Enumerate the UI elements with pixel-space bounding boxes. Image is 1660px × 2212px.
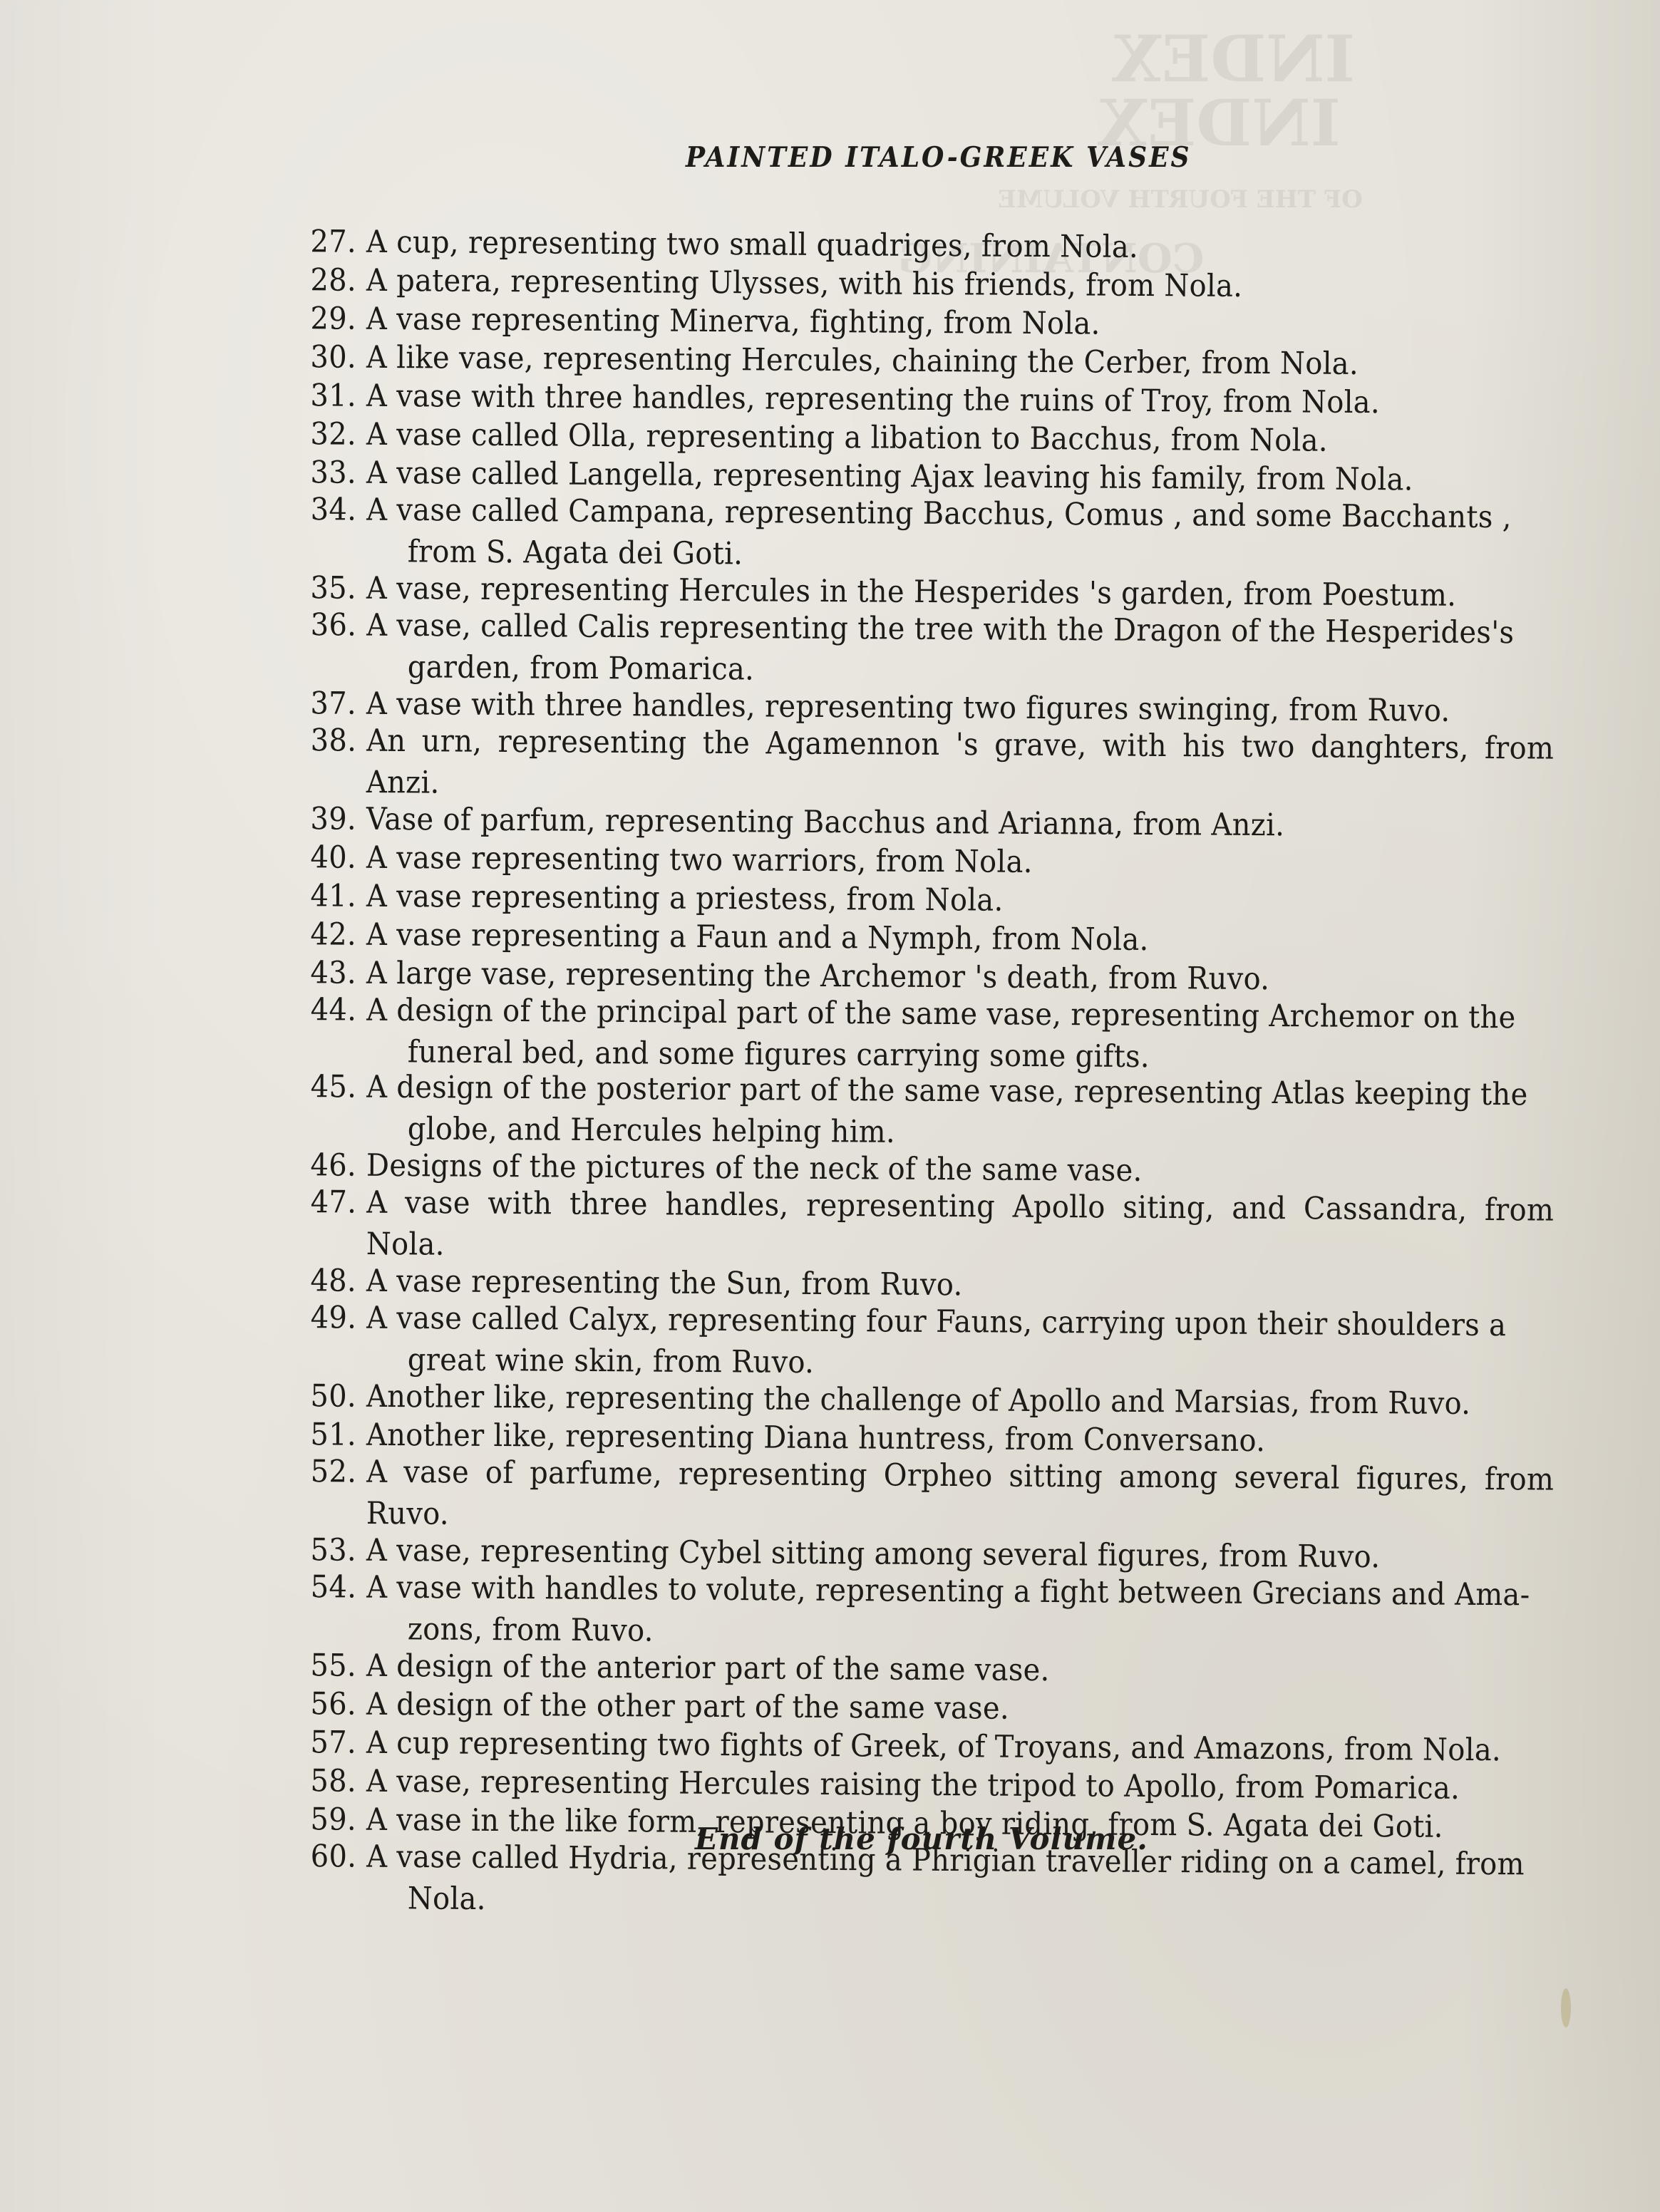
entry-main-line: A vase of parfume, representing Orpheo s…	[366, 1454, 1555, 1532]
entry-number: 46.	[285, 1144, 366, 1187]
entry-text: A design of the principal part of the sa…	[366, 989, 1555, 1080]
entry-text: A vase called Calyx, representing four F…	[366, 1297, 1555, 1388]
entry-main-line: A vase with handles to volute, represent…	[366, 1570, 1530, 1613]
entry-number: 50.	[285, 1375, 366, 1417]
entry-number: 57.	[285, 1722, 366, 1764]
paper-stain	[1561, 1988, 1571, 2027]
entry-number: 32.	[285, 413, 366, 455]
entry-number: 39.	[285, 798, 366, 840]
entry-main-line: A design of the anterior part of the sam…	[366, 1648, 1050, 1688]
index-list: 27. A cup, representing two small quadri…	[285, 222, 1554, 1916]
bleed-through-subtitle: OF THE FOURTH VOLUME	[998, 185, 1363, 214]
index-entry: 38. An urn, representing the Agamennon '…	[285, 720, 1555, 811]
entry-number: 56.	[285, 1683, 366, 1725]
entry-number: 55.	[285, 1645, 366, 1687]
entry-number: 54.	[285, 1566, 367, 1650]
entry-text: An urn, representing the Agamennon 's gr…	[366, 720, 1555, 811]
index-entry: 49. A vase called Calyx, representing fo…	[285, 1297, 1555, 1388]
entry-number: 60.	[285, 1836, 367, 1919]
entry-text: A vase with three handles, representing …	[366, 1182, 1555, 1273]
entry-text: A vase called Campana, representing Bacc…	[366, 489, 1555, 580]
book-page: INDEX INDEX OF THE FOURTH VOLUME CONTAIN…	[0, 0, 1660, 2212]
end-note: End of the fourth Volume.	[695, 1821, 1148, 1856]
index-entry: 54. A vase with handles to volute, repre…	[285, 1566, 1555, 1658]
entry-number: 59.	[285, 1799, 366, 1841]
entry-number: 43.	[285, 952, 366, 994]
entry-main-line: An urn, representing the Agamennon 's gr…	[366, 723, 1555, 801]
entry-number: 36.	[285, 604, 367, 688]
entry-number: 52.	[285, 1451, 367, 1534]
bleed-through-title: INDEX	[1112, 21, 1355, 97]
index-entry: 47. A vase with three handles, represent…	[285, 1182, 1555, 1273]
entry-main-line: A vase representing the Sun, from Ruvo.	[366, 1263, 963, 1303]
entry-number: 47.	[285, 1182, 367, 1265]
index-entry: 34. A vase called Campana, representing …	[285, 489, 1555, 580]
entry-number: 51.	[285, 1414, 366, 1456]
entry-main-line: A like vase, representing Hercules, chai…	[366, 340, 1359, 382]
entry-number: 48.	[285, 1260, 366, 1302]
entry-text: A vase, called Calis representing the tr…	[366, 604, 1555, 696]
entry-number: 58.	[285, 1760, 366, 1802]
entry-main-line: A vase representing a priestess, from No…	[366, 879, 1004, 919]
index-entry: 45. A design of the posterior part of th…	[285, 1066, 1555, 1157]
entry-number: 31.	[285, 375, 366, 417]
index-entry: 52. A vase of parfume, representing Orph…	[285, 1451, 1555, 1542]
entry-main-line: A vase, called Calis representing the tr…	[366, 608, 1514, 651]
entry-number: 37.	[285, 683, 366, 725]
running-head: PAINTED ITALO-GREEK VASES	[686, 141, 1192, 174]
entry-main-line: A vase with three handles, representing …	[366, 1185, 1555, 1263]
entry-number: 45.	[285, 1066, 367, 1149]
entry-main-line: A patera, representing Ulysses, with his…	[366, 263, 1243, 304]
entry-main-line: A vase called Olla, representing a libat…	[366, 417, 1328, 459]
entry-number: 38.	[285, 720, 367, 803]
entry-main-line: A design of the other part of the same v…	[366, 1687, 1009, 1727]
entry-number: 44.	[285, 989, 367, 1073]
entry-main-line: A design of the posterior part of the sa…	[366, 1070, 1528, 1112]
entry-number: 41.	[285, 875, 366, 917]
entry-main-line: Vase of parfum, representing Bacchus and…	[366, 802, 1285, 843]
entry-number: 29.	[285, 298, 366, 340]
index-entry: 36. A vase, called Calis representing th…	[285, 604, 1555, 696]
entry-text: A design of the posterior part of the sa…	[366, 1066, 1555, 1157]
entry-continuation-line: Nola.	[366, 1878, 1554, 1927]
entry-number: 30.	[285, 336, 366, 378]
entry-number: 49.	[285, 1297, 367, 1380]
entry-number: 33.	[285, 452, 366, 494]
entry-main-line: A vase called Campana, representing Bacc…	[366, 492, 1512, 535]
entry-text: A vase with handles to volute, represent…	[366, 1566, 1555, 1658]
entry-main-line: A vase representing two warriors, from N…	[366, 840, 1033, 880]
entry-number: 27.	[285, 221, 366, 263]
entry-main-line: A design of the principal part of the sa…	[366, 993, 1516, 1035]
entry-number: 28.	[285, 259, 366, 301]
entry-number: 35.	[285, 567, 366, 609]
entry-number: 53.	[285, 1529, 366, 1571]
entry-main-line: A vase representing Minerva, fighting, f…	[366, 301, 1100, 341]
entry-main-line: A cup, representing two small quadriges,…	[366, 224, 1138, 265]
entry-number: 40.	[285, 837, 366, 879]
entry-main-line: A vase representing a Faun and a Nymph, …	[366, 917, 1149, 958]
entry-main-line: A vase called Calyx, representing four F…	[366, 1301, 1506, 1343]
entry-number: 42.	[285, 914, 366, 956]
entry-text: A vase of parfume, representing Orpheo s…	[366, 1451, 1555, 1542]
entry-number: 34.	[285, 489, 367, 572]
